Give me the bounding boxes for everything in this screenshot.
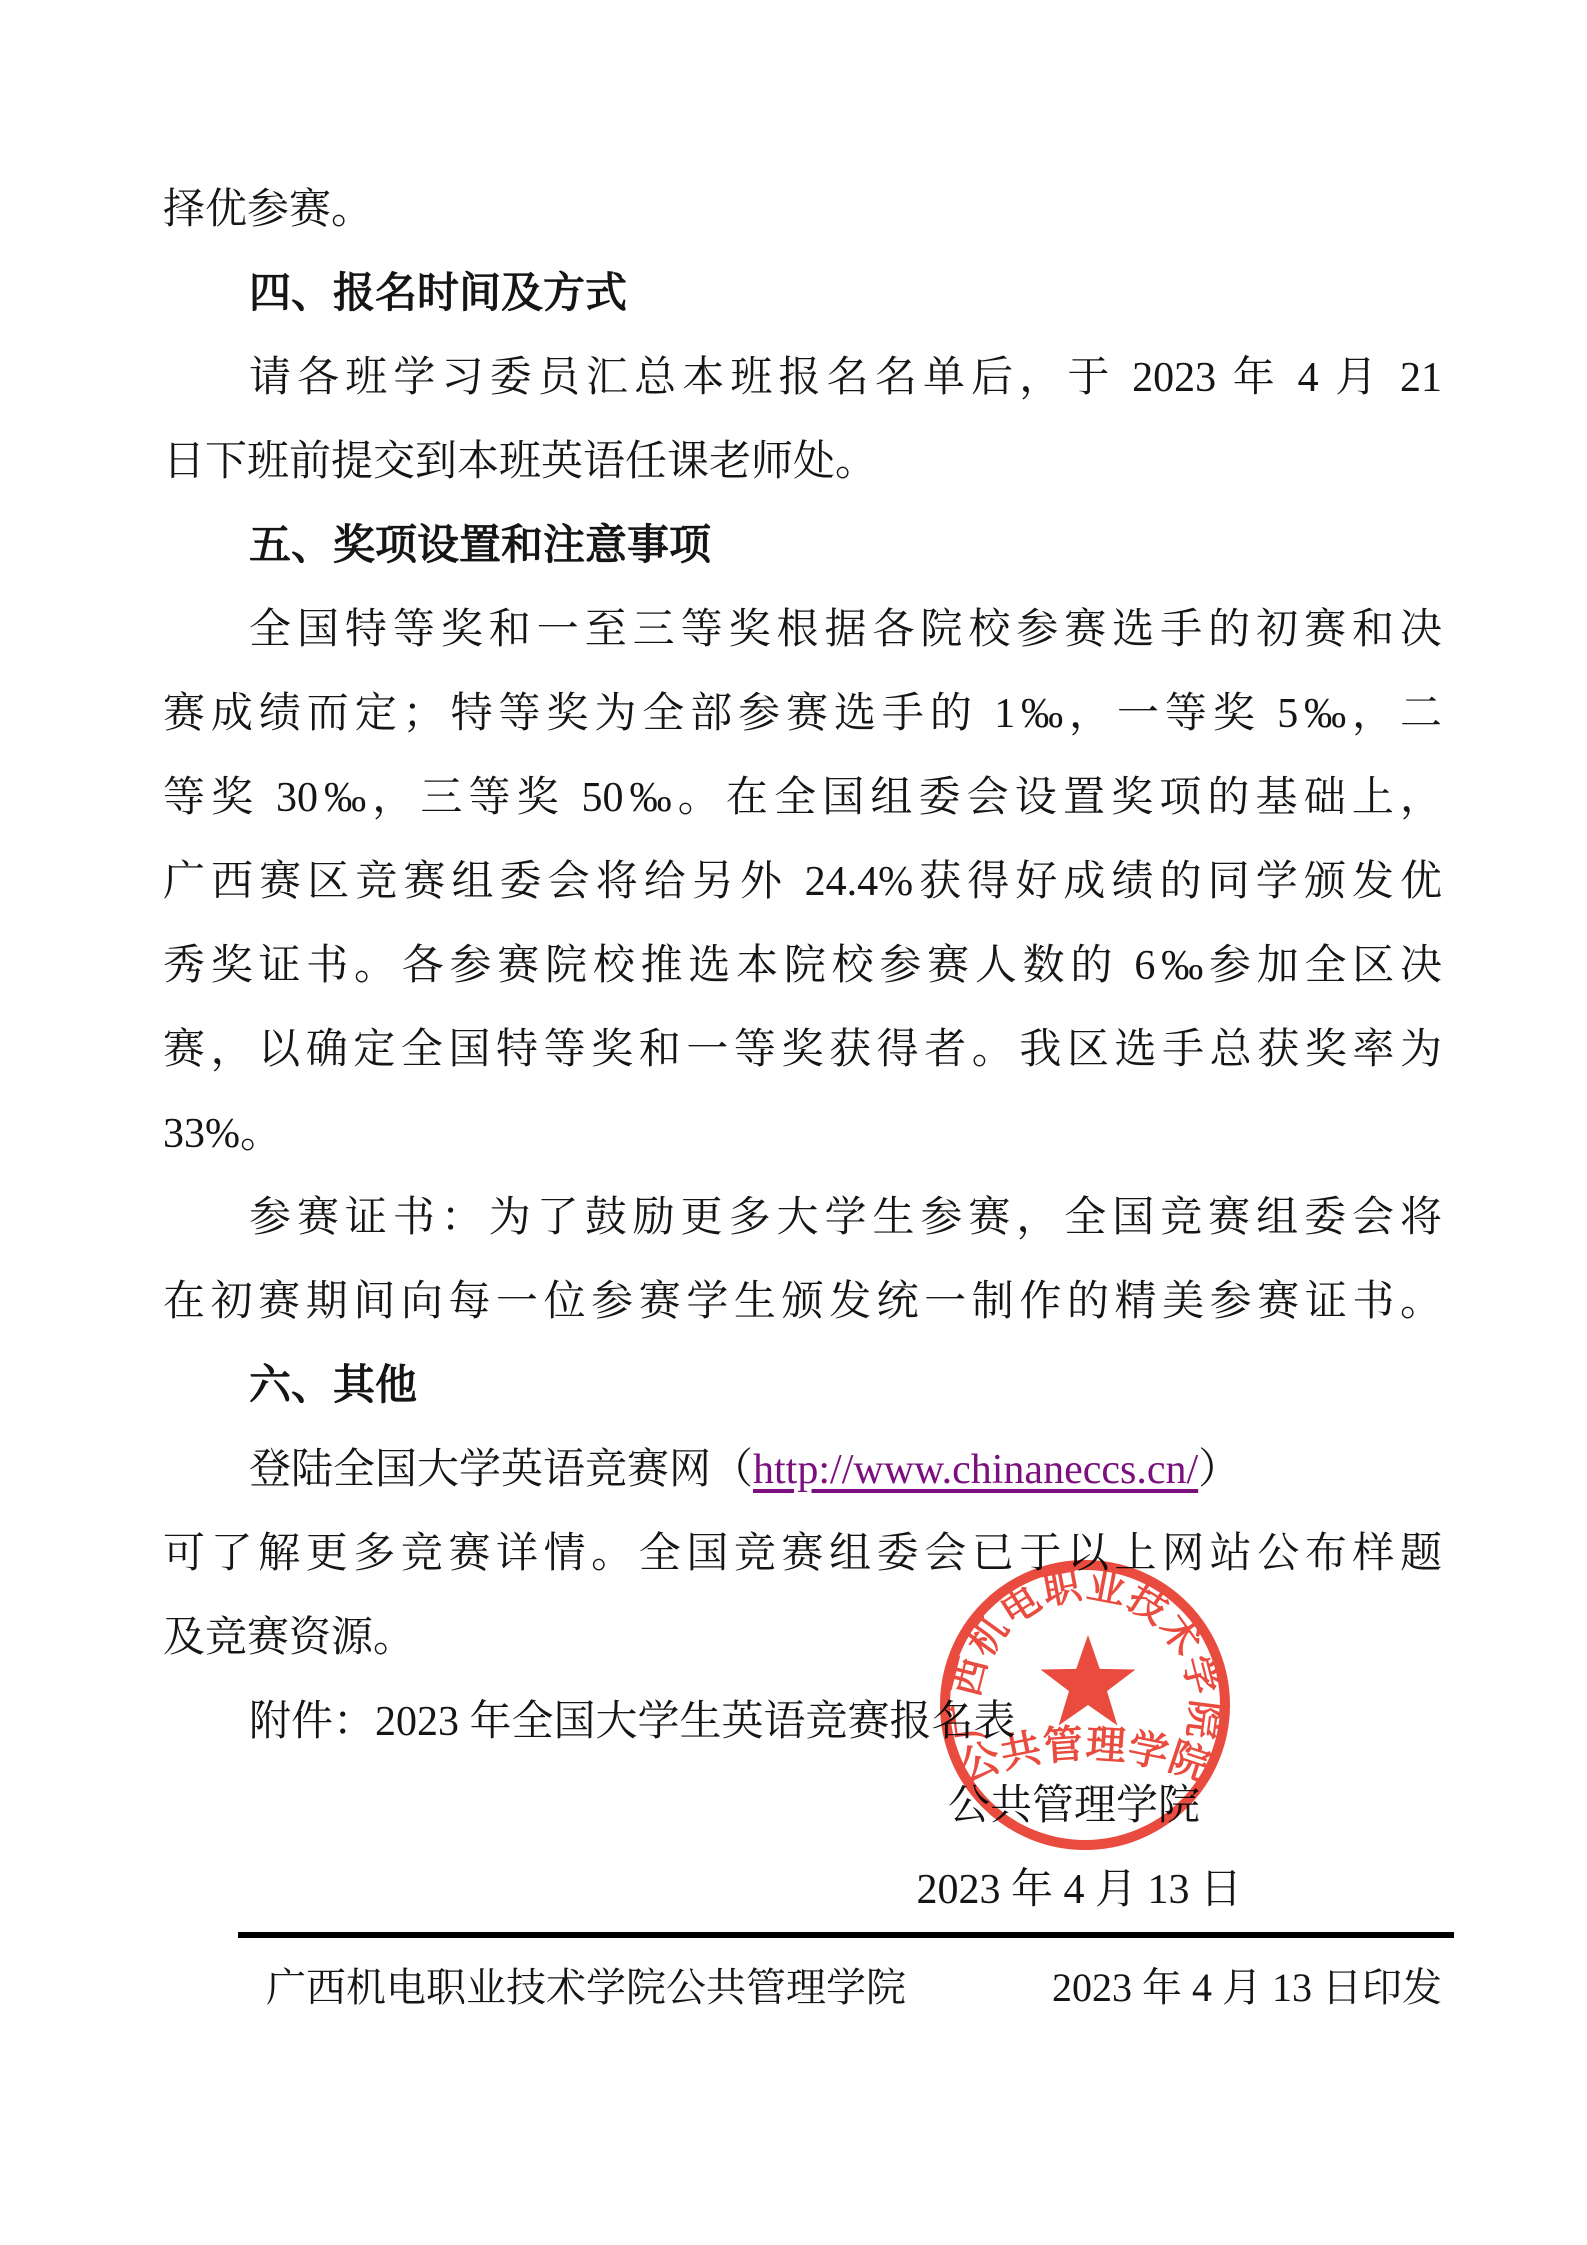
website-line: 登陆全国大学英语竞赛网（http://www.chinaneccs.cn/） — [163, 1428, 1442, 1512]
body-line: 秀奖证书。各参赛院校推选本院校参赛人数的 6‰参加全区决 — [163, 924, 1442, 1008]
body-line: 在初赛期间向每一位参赛学生颁发统一制作的精美参赛证书。 — [163, 1260, 1442, 1344]
body-line: 赛成绩而定；特等奖为全部参赛选手的 1‰，一等奖 5‰，二 — [163, 672, 1442, 756]
body-line: 全国特等奖和一至三等奖根据各院校参赛选手的初赛和决 — [163, 588, 1442, 672]
body-line: 及竞赛资源。 — [163, 1596, 1442, 1680]
section-heading-6: 六、其他 — [163, 1344, 1442, 1428]
body-line: 广西赛区竞赛组委会将给另外 24.4%获得好成绩的同学颁发优 — [163, 840, 1442, 924]
signature-date: 2023 年 4 月 13 日 — [163, 1848, 1442, 1932]
body-line: 赛，以确定全国特等奖和一等奖获得者。我区选手总获奖率为 — [163, 1008, 1442, 1092]
body-line: 33%。 — [163, 1092, 1442, 1176]
page-footer: 广西机电职业技术学院公共管理学院 2023 年 4 月 13 日印发 — [163, 1938, 1442, 2038]
body-line: 可了解更多竞赛详情。全国竞赛组委会已于以上网站公布样题 — [163, 1512, 1442, 1596]
body-line: 等奖 30‰，三等奖 50‰。在全国组委会设置奖项的基础上， — [163, 756, 1442, 840]
section-heading-4: 四、报名时间及方式 — [163, 252, 1442, 336]
footer-print-date: 2023 年 4 月 13 日印发 — [1052, 1938, 1442, 2038]
body-line: 择优参赛。 — [163, 168, 1442, 252]
body-line: 日下班前提交到本班英语任课老师处。 — [163, 420, 1442, 504]
document-body: 择优参赛。 四、报名时间及方式 请各班学习委员汇总本班报名名单后，于 2023 … — [163, 168, 1442, 2038]
body-line: 请各班学习委员汇总本班报名名单后，于 2023 年 4 月 21 — [163, 336, 1442, 420]
signature-org: 公共管理学院 — [163, 1764, 1442, 1848]
footer-issuer: 广西机电职业技术学院公共管理学院 — [266, 1938, 906, 2038]
body-line: 参赛证书：为了鼓励更多大学生参赛，全国竞赛组委会将 — [163, 1176, 1442, 1260]
document-page: { "doc": { "lines": [ "择优参赛。", "四、报名时间及方… — [0, 0, 1587, 2245]
section-heading-5: 五、奖项设置和注意事项 — [163, 504, 1442, 588]
attachment-line: 附件：2023 年全国大学生英语竞赛报名表 — [163, 1680, 1442, 1764]
website-line-suffix: ） — [1198, 1447, 1240, 1493]
website-line-prefix: 登陆全国大学英语竞赛网（ — [249, 1447, 753, 1493]
competition-website-link[interactable]: http://www.chinaneccs.cn/ — [753, 1447, 1198, 1493]
